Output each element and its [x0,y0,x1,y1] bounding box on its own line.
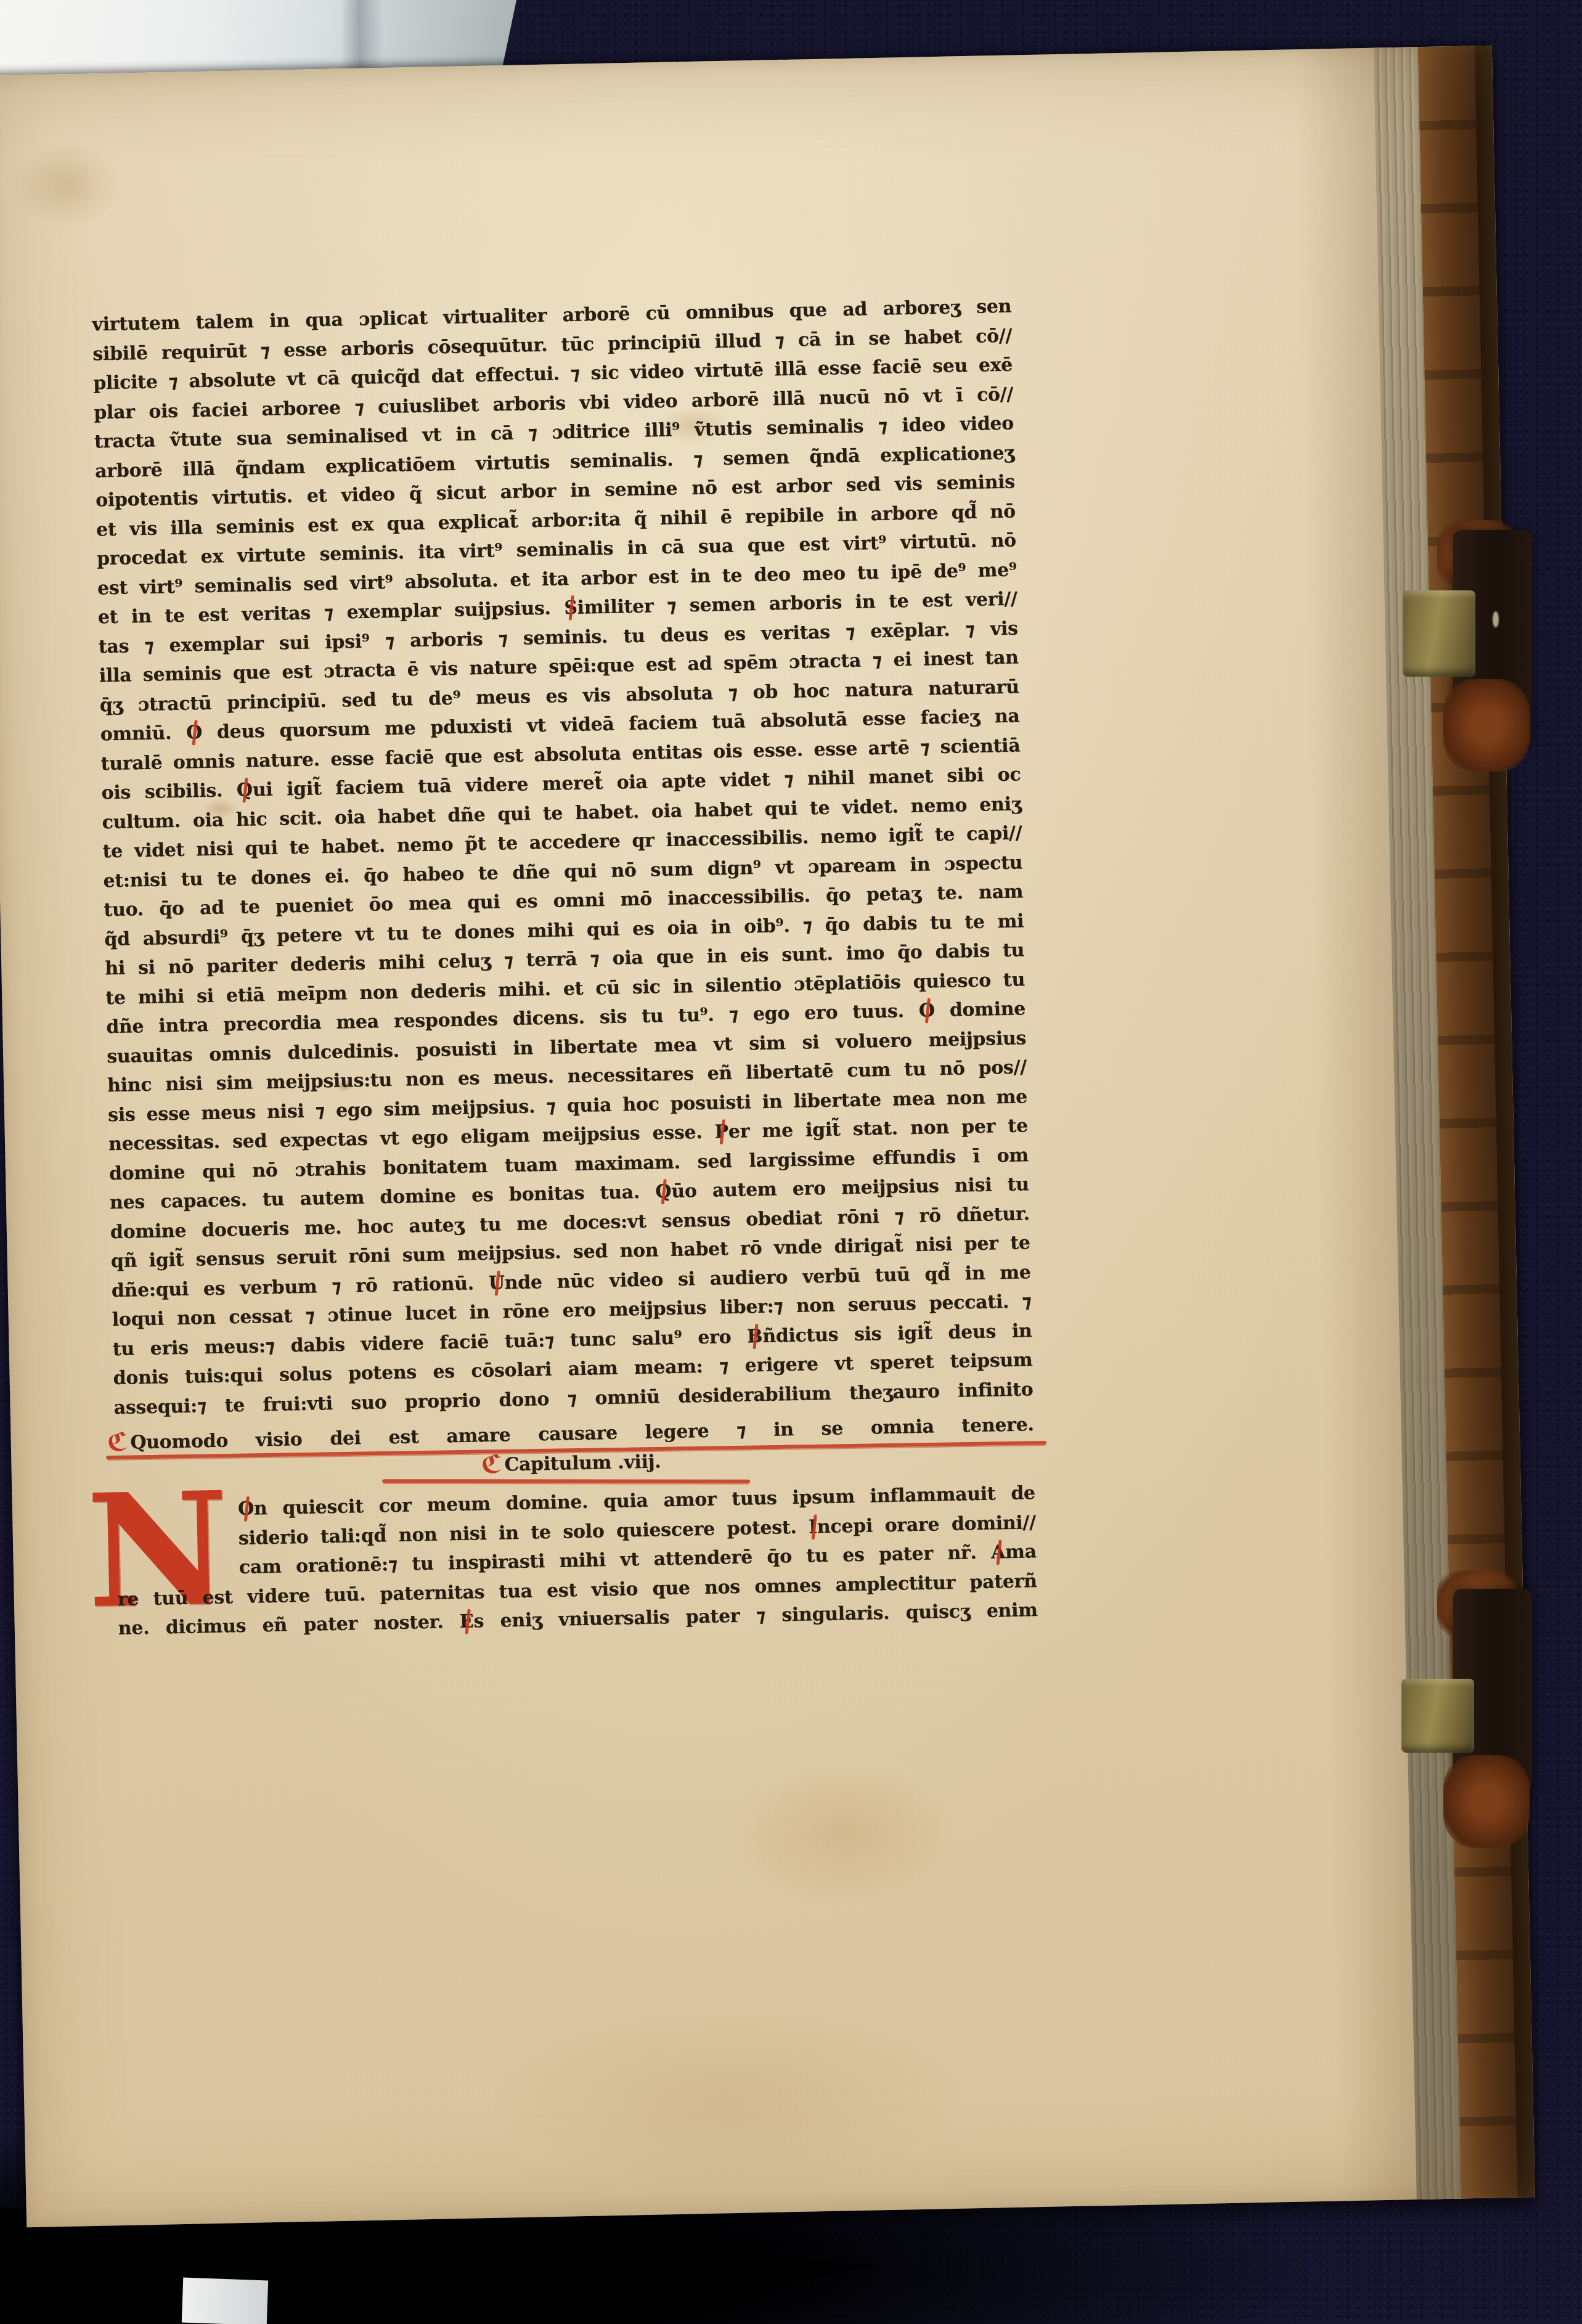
rust-patch [1443,679,1530,772]
photograph-of-book: N virtutem talem in qua ɔplicat virtuali… [0,0,1582,2324]
brass-clasp-upper [1400,525,1547,778]
brass-catch [1403,590,1475,677]
metal-glint [1493,611,1499,627]
white-paper-sliver-bottom [182,2278,268,2324]
brass-clasp-lower [1400,1570,1547,1854]
book-page: N virtutem talem in qua ɔplicat virtuali… [0,46,1535,2227]
page-vignette [0,46,1535,2227]
rust-patch [1443,1755,1530,1848]
brass-catch [1401,1679,1474,1753]
